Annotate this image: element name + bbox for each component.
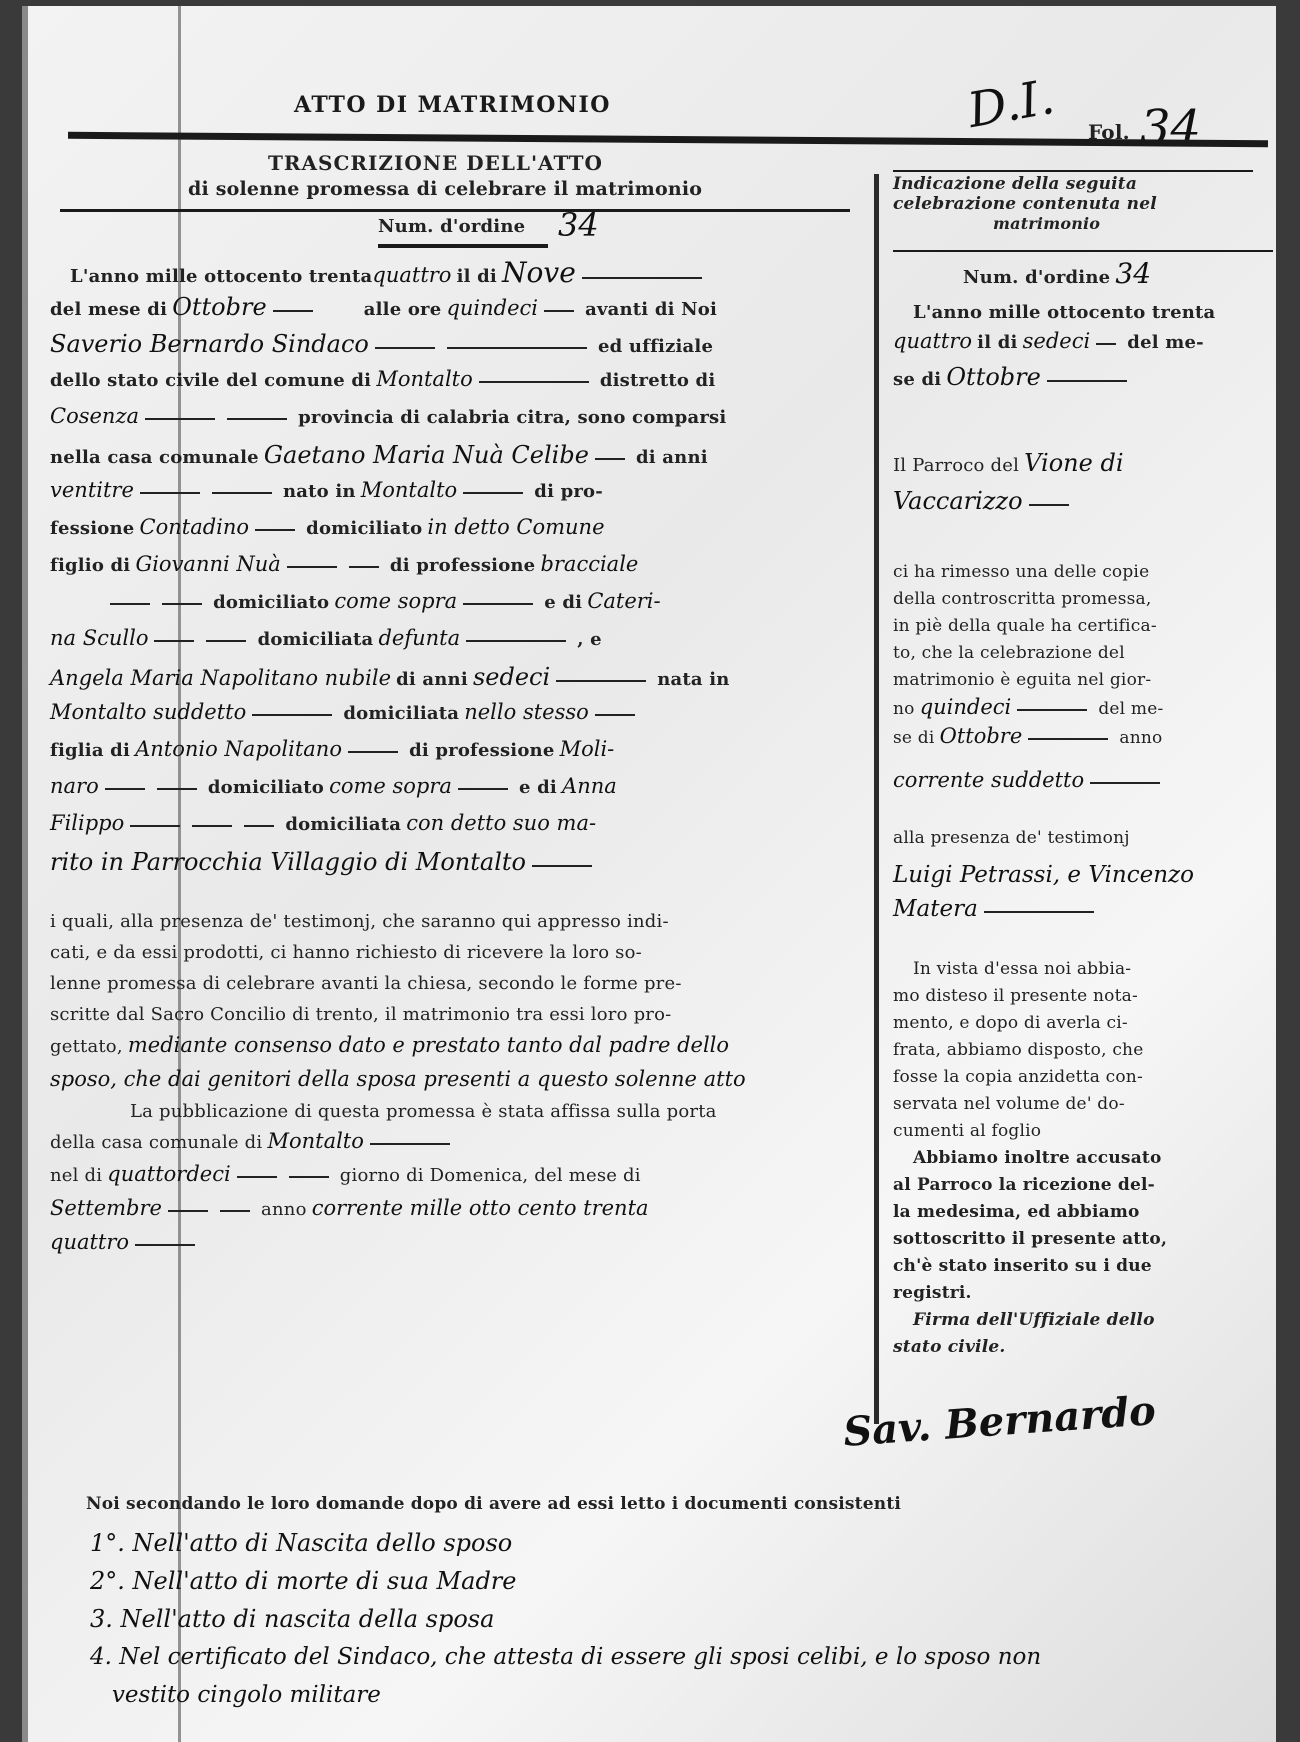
form-line: Cosenza provincia di calabria citra, son… [50, 404, 726, 428]
district-field: Cosenza [50, 404, 139, 428]
closing-line: In vista d'essa noi abbia- [913, 956, 1273, 983]
consent-handwriting: sposo, che dai genitori della sposa pres… [50, 1062, 746, 1096]
printed-text: domiciliata [343, 703, 459, 724]
documents-list: 1°. Nell'atto di Nascita dello sposo 2°.… [90, 1524, 1041, 1714]
form-line: rito in Parrocchia Villaggio di Montalto [50, 848, 598, 876]
folio-number: 34 [1140, 100, 1201, 156]
groom-father-field: Giovanni Nuà [135, 552, 280, 576]
form-line: Montalto suddetto domiciliata nello stes… [50, 700, 641, 724]
printed-text: di pro- [534, 481, 603, 502]
bride-mother-domicile-cont: rito in Parrocchia Villaggio di Montalto [50, 848, 526, 876]
groom-father-domicile-field: come sopra [334, 589, 457, 613]
closing-text: In vista d'essa noi abbia- mo disteso il… [893, 956, 1273, 1361]
bride-mother-domicile-field: con detto suo ma- [406, 811, 596, 835]
month-field: Ottobre [172, 293, 266, 321]
closing-line: cumenti al foglio [893, 1118, 1273, 1145]
hour-field: quindeci [446, 296, 538, 320]
form-line: domiciliato come sopra e di Cateri- [50, 589, 661, 613]
document-page: ATTO DI MATRIMONIO D.I. Fol. 34 TRASCRIZ… [22, 6, 1276, 1742]
closing-line: registri. [893, 1280, 1273, 1307]
remitted-line: ci ha rimesso una delle copie [893, 559, 1273, 586]
closing-line: sottoscritto il presente atto, [893, 1226, 1273, 1253]
form-line: L'anno mille ottocento trentaquattro il … [50, 256, 708, 289]
printed-text: anno [261, 1199, 307, 1220]
printed-text: no [893, 699, 915, 719]
printed-text: provincia di calabria citra, sono compar… [298, 407, 726, 428]
day-field: Nove [502, 256, 576, 289]
groom-profession-field: Contadino [140, 515, 250, 539]
remitted-line: della controscritta promessa, [893, 586, 1273, 613]
document-item: 2°. Nell'atto di morte di sua Madre [90, 1562, 1041, 1600]
right-order-label: Num. d'ordine [963, 267, 1110, 288]
printed-text: il di [457, 266, 497, 287]
printed-text: domiciliata [258, 629, 374, 650]
closing-line: ch'è stato inserito su i due [893, 1253, 1273, 1280]
order-underline [378, 244, 548, 248]
publication-month-field: Settembre [50, 1196, 162, 1220]
signature-label: Firma dell'Uffiziale dello [913, 1307, 1273, 1334]
paragraph-line: gettato, [50, 1036, 123, 1057]
form-line: Filippo domiciliata con detto suo ma- [50, 811, 596, 835]
printed-text: distretto di [600, 370, 716, 391]
right-column: Indicazione della seguita celebrazione c… [893, 170, 1273, 1361]
right-year-field: quattro [893, 329, 972, 353]
groom-age-field: ventitre [50, 478, 134, 502]
bride-age-field: sedeci [473, 663, 550, 691]
printed-text: del mese di [50, 299, 167, 320]
printed-text: , e [577, 629, 602, 650]
printed-text: e di [519, 777, 557, 798]
printed-text: e di [544, 592, 582, 613]
remitted-line: in piè della quale ha certifica- [893, 613, 1273, 640]
printed-text: nato in [283, 481, 356, 502]
witness-label: alla presenza de' testimonj [893, 828, 1273, 848]
left-heading-1: TRASCRIZIONE DELL'ATTO [268, 151, 603, 175]
paragraph-line: scritte dal Sacro Concilio di trento, il… [50, 999, 746, 1030]
printed-text: anno [1119, 728, 1162, 748]
right-heading-1: Indicazione della seguita [893, 174, 1273, 194]
witness-names-cont: Matera [893, 896, 978, 922]
bride-domicile-field: nello stesso [464, 700, 589, 724]
bride-mother-name-field: Filippo [50, 811, 124, 835]
bride-father-domicile-field: come sopra [329, 774, 452, 798]
publication-day-field: quattordeci [107, 1162, 230, 1186]
groom-mother-field: Cateri- [587, 589, 660, 613]
printed-text: il di [977, 332, 1017, 353]
closing-line: mo disteso il presente nota- [893, 983, 1273, 1010]
left-heading-2: di solenne promessa di celebrare il matr… [188, 178, 702, 200]
form-line: naro domiciliato come sopra e di Anna [50, 774, 617, 798]
closing-line: frata, abbiamo disposto, che [893, 1037, 1273, 1064]
printed-text: dello stato civile del comune di [50, 370, 371, 391]
remitted-line: to, che la celebrazione del [893, 640, 1273, 667]
document-title: ATTO DI MATRIMONIO [294, 92, 611, 118]
right-heading-2: celebrazione contenuta nel [893, 194, 1273, 214]
celebration-day-field: quindeci [920, 695, 1012, 719]
printed-text: se di [893, 728, 935, 748]
printed-text: del me- [1127, 332, 1204, 353]
left-order-label: Num. d'ordine [378, 216, 525, 237]
printed-text: domiciliato [306, 518, 422, 539]
printed-text: di professione [390, 555, 535, 576]
form-line: dello stato civile del comune di Montalt… [50, 367, 715, 391]
bride-father-field: Antonio Napolitano [135, 737, 342, 761]
printed-text: della casa comunale di [50, 1132, 262, 1153]
right-order-number: 34 [1115, 257, 1151, 290]
printed-text: domiciliato [213, 592, 329, 613]
closing-line: servata nel volume de' do- [893, 1091, 1273, 1118]
printed-text: di professione [409, 740, 554, 761]
form-line: figlia di Antonio Napolitano di professi… [50, 737, 614, 761]
printed-text: alle ore [364, 299, 442, 320]
printed-text: del me- [1098, 699, 1163, 719]
bride-birthplace-field: Montalto suddetto [50, 700, 246, 724]
printed-text: L'anno mille ottocento trenta [70, 266, 372, 287]
printed-text: figlio di [50, 555, 130, 576]
groom-name-field: Gaetano Maria Nuà Celibe [264, 441, 589, 469]
form-line: del mese di Ottobre alle ore quindeci av… [50, 293, 717, 321]
closing-line: Abbiamo inoltre accusato [913, 1145, 1273, 1172]
groom-father-profession-field: bracciale [540, 552, 638, 576]
bride-father-profession-cont: naro [50, 774, 99, 798]
publication-year-cont: quattro [50, 1230, 129, 1254]
publication-commune-field: Montalto [267, 1129, 363, 1153]
groom-mother-name-field: na Scullo [50, 626, 148, 650]
signature-label: stato civile. [893, 1334, 1273, 1361]
celebration-year-field: corrente suddetto [893, 768, 1084, 792]
paragraph-line: lenne promessa di celebrare avanti la ch… [50, 968, 746, 999]
document-item: 1°. Nell'atto di Nascita dello sposo [90, 1524, 1041, 1562]
publication-section: La pubblicazione di questa promessa è st… [50, 1098, 717, 1260]
right-day-field: sedeci [1023, 329, 1091, 353]
printed-text: di anni [636, 447, 708, 468]
left-order-number: 34 [558, 206, 599, 244]
bride-father-profession-field: Moli- [560, 737, 615, 761]
printed-text: domiciliata [285, 814, 401, 835]
remitted-text: ci ha rimesso una delle copie della cont… [893, 559, 1273, 752]
right-heading-rule [893, 170, 1253, 172]
closing-line: fosse la copia anzidetta con- [893, 1064, 1273, 1091]
form-line: na Scullo domiciliata defunta , e [50, 626, 602, 650]
form-line: ventitre nato in Montalto di pro- [50, 478, 603, 502]
right-heading-rule-bottom [893, 250, 1273, 252]
closing-line: la medesima, ed abbiamo [893, 1199, 1273, 1226]
left-heading-rule [60, 209, 850, 212]
printed-text: domiciliato [208, 777, 324, 798]
document-item: 3. Nell'atto di nascita della sposa [90, 1600, 1041, 1638]
remitted-line: matrimonio è eguita nel gior- [893, 667, 1273, 694]
printed-text: giorno di Domenica, del mese di [340, 1165, 641, 1186]
promise-paragraph: i quali, alla presenza de' testimonj, ch… [50, 906, 746, 1096]
form-line: Saverio Bernardo Sindaco ed uffiziale [50, 330, 713, 358]
publication-year-field: corrente mille otto cento trenta [312, 1196, 649, 1220]
form-line: figlio di Giovanni Nuà di professione br… [50, 552, 638, 576]
printed-text: ed uffiziale [598, 336, 713, 357]
printed-text: nata in [657, 669, 729, 690]
document-item: 4. Nel certificato del Sindaco, che atte… [90, 1638, 1041, 1676]
closing-line: al Parroco la ricezione del- [893, 1172, 1273, 1199]
parroco-label: Il Parroco del [893, 455, 1019, 476]
groom-mother-status-field: defunta [378, 626, 460, 650]
commune-field: Montalto [376, 367, 472, 391]
printed-text: avanti di Noi [585, 299, 717, 320]
right-date-line: L'anno mille ottocento trenta [913, 302, 1273, 323]
right-month-field: Ottobre [946, 363, 1040, 391]
printed-text: fessione [50, 518, 134, 539]
consent-handwriting: mediante consenso dato e prestato tanto … [128, 1033, 729, 1057]
bride-mother-field: Anna [562, 774, 617, 798]
bride-name-field: Angela Maria Napolitano nubile [50, 666, 391, 690]
printed-text: nel di [50, 1165, 102, 1186]
printed-text: nella casa comunale [50, 447, 259, 468]
groom-domicile-field: in detto Comune [427, 515, 604, 539]
column-divider [874, 174, 879, 1424]
celebration-month-field: Ottobre [940, 724, 1023, 748]
form-line: Angela Maria Napolitano nubile di anni s… [50, 663, 730, 691]
paragraph-line: i quali, alla presenza de' testimonj, ch… [50, 906, 746, 937]
witness-names: Luigi Petrassi, e Vincenzo [893, 862, 1273, 888]
official-signature: Sav. Bernardo [842, 1387, 1157, 1456]
initials-annotation: D.I. [964, 69, 1059, 139]
printed-text: figlia di [50, 740, 130, 761]
printed-text: se di [893, 369, 941, 390]
form-line: fessione Contadino domiciliato in detto … [50, 515, 605, 539]
paragraph-line: cati, e da essi prodotti, ci hanno richi… [50, 937, 746, 968]
document-item: vestito cingolo militare [90, 1676, 1041, 1714]
groom-birthplace-field: Montalto [361, 478, 457, 502]
right-heading-3: matrimonio [993, 214, 1273, 233]
publication-line: La pubblicazione di questa promessa è st… [130, 1098, 717, 1126]
parish-field-cont: Vaccarizzo [893, 487, 1023, 515]
parish-field: Vione di [1024, 449, 1123, 477]
bottom-printed-line: Noi secondando le loro domande dopo di a… [86, 1494, 901, 1514]
closing-line: mento, e dopo di averla ci- [893, 1010, 1273, 1037]
official-name-field: Saverio Bernardo Sindaco [50, 330, 369, 358]
form-line: nella casa comunale Gaetano Maria Nuà Ce… [50, 441, 708, 469]
year-field: quattro [372, 263, 451, 287]
printed-text: di anni [396, 669, 468, 690]
